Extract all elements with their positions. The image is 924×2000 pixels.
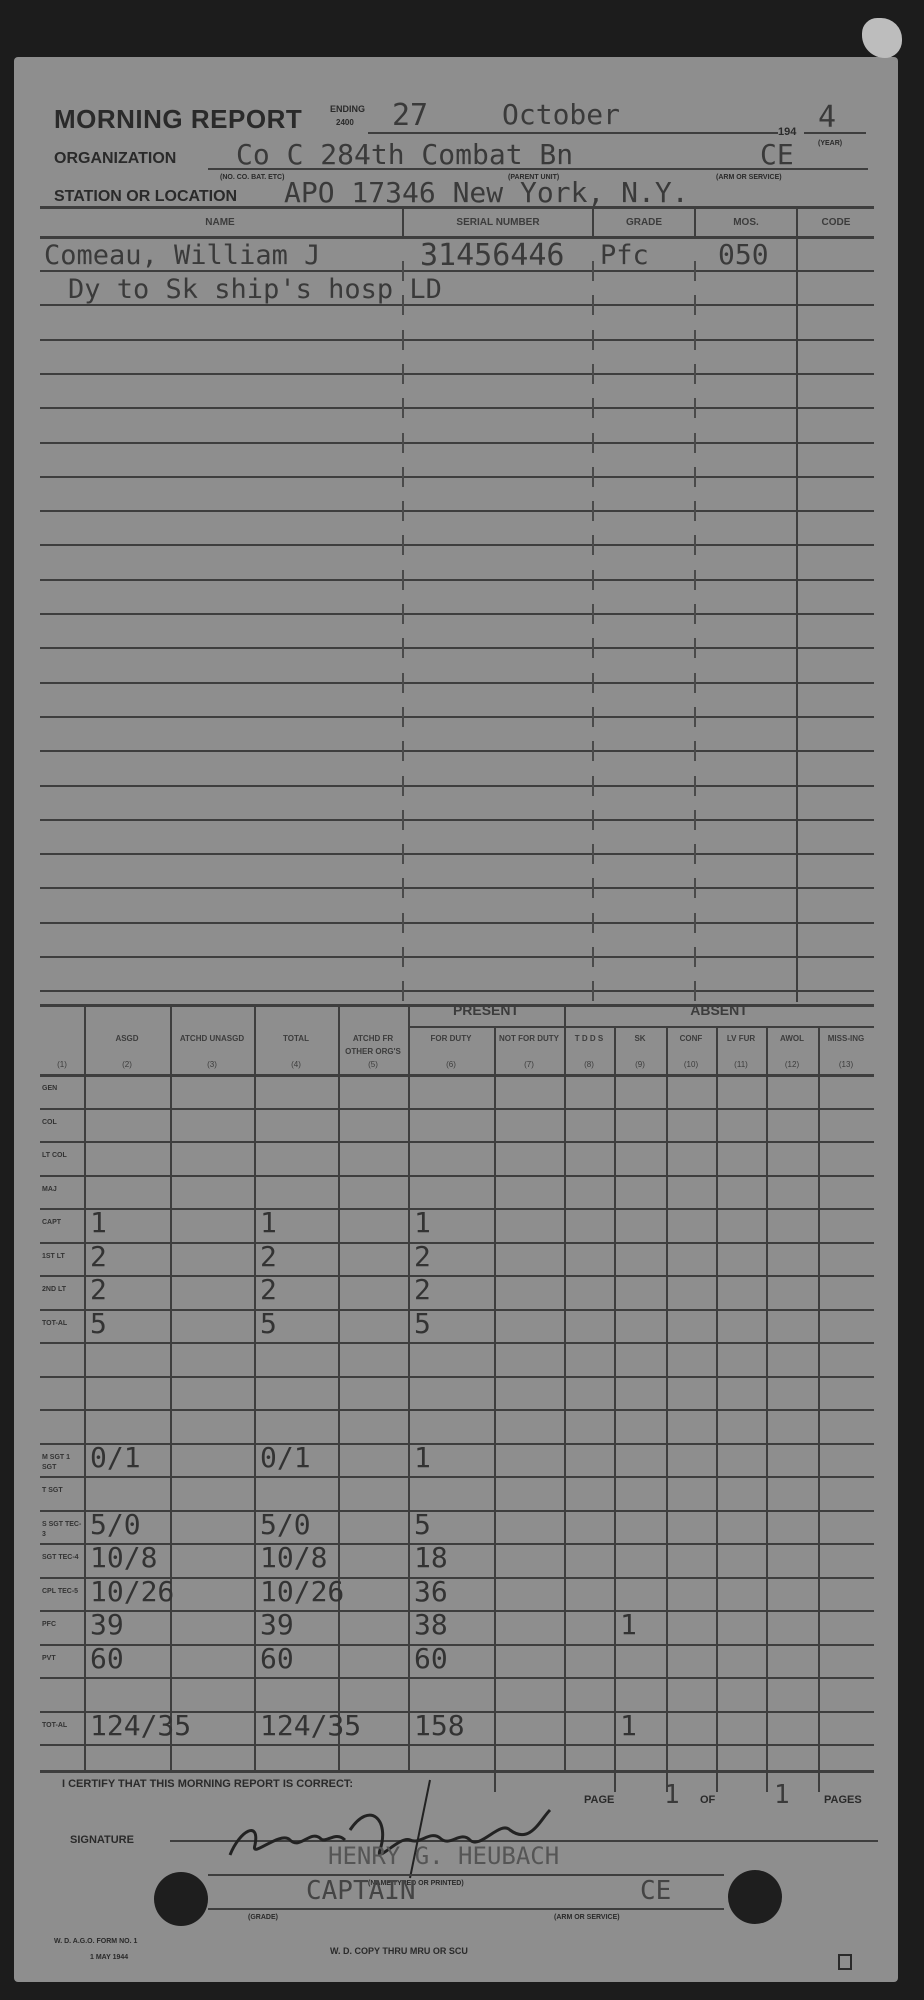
roster-tick [694, 947, 696, 967]
grid-col-line [254, 1006, 256, 1770]
grid-row-line [40, 1443, 874, 1445]
station-label: STATION OR LOCATION [54, 188, 237, 206]
grade-row-label: COL [42, 1118, 82, 1128]
binder-hole-right [728, 1870, 782, 1924]
strength-col-header: (1) [40, 1032, 84, 1071]
col-serial: SERIAL NUMBER [404, 216, 592, 229]
present-group-header: PRESENT [410, 1004, 562, 1017]
roster-tick [694, 467, 696, 487]
grid-row-line [40, 1175, 874, 1177]
col-name: NAME [40, 216, 400, 229]
roster-rule [40, 442, 874, 444]
roster-tick [694, 364, 696, 384]
arm-service-value: CE [760, 138, 794, 171]
grid-row-line [40, 1510, 874, 1512]
roster-tick [402, 330, 404, 350]
roster-tick [402, 535, 404, 555]
roster-tick [592, 364, 594, 384]
strength-col-header: T D D S(8) [564, 1032, 614, 1071]
strength-cell-value: 36 [414, 1575, 448, 1608]
strength-cell-value: 2 [90, 1273, 107, 1306]
grid-row-line [40, 1108, 874, 1110]
roster-rule [40, 510, 874, 512]
roster-rule [40, 270, 874, 272]
strength-cell-value: 158 [414, 1709, 465, 1742]
strength-col-header: NOT FOR DUTY(7) [494, 1032, 564, 1071]
organization-underline [208, 168, 868, 170]
col-header-label: ASGD [84, 1032, 170, 1058]
organization-label: ORGANIZATION [54, 150, 176, 168]
grid-row-line [40, 1342, 874, 1344]
roster-tick [592, 330, 594, 350]
col-header-label: ATCHD FR OTHER ORG'S [338, 1032, 408, 1058]
grade-caption: (GRADE) [248, 1914, 278, 1921]
roster-tick [592, 741, 594, 761]
grid-col-line [564, 1006, 566, 1770]
strength-cell-value: 1 [620, 1709, 637, 1742]
strength-cell-value: 60 [414, 1642, 448, 1675]
roster-rule [40, 750, 874, 752]
signer-arm-caption: (ARM OR SERVICE) [554, 1914, 620, 1921]
roster-tick [694, 673, 696, 693]
col-header-number: (12) [766, 1058, 818, 1071]
col-code: CODE [798, 216, 874, 229]
strength-cell-value: 18 [414, 1541, 448, 1574]
strength-cell-value: 124/35 [90, 1709, 191, 1742]
grid-row-line [40, 1476, 874, 1478]
roster-tick [694, 878, 696, 898]
strength-col-header: CONF(10) [666, 1032, 716, 1071]
roster-tick [592, 913, 594, 933]
grade-row-label: CAPT [42, 1218, 82, 1228]
of-label: OF [700, 1794, 715, 1806]
grid-col-line [84, 1006, 86, 1770]
strength-col-header: FOR DUTY(6) [408, 1032, 494, 1071]
roster-tick [402, 604, 404, 624]
roster-tick [402, 433, 404, 453]
roster-rule [40, 373, 874, 375]
col-header-label: AWOL [766, 1032, 818, 1058]
strength-cell-value: 0/1 [260, 1441, 311, 1474]
form-id: W. D. A.G.O. FORM NO. 1 [54, 1938, 137, 1945]
ending-time: 2400 [336, 118, 354, 127]
roster-tick [694, 535, 696, 555]
strength-cell-value: 124/35 [260, 1709, 361, 1742]
strength-cell-value: 10/26 [90, 1575, 174, 1608]
strength-cell-value: 2 [414, 1273, 431, 1306]
strength-col-header: ASGD(2) [84, 1032, 170, 1071]
strength-header-rule [40, 1074, 874, 1077]
col-header-number: (13) [818, 1058, 874, 1071]
roster-tick [402, 501, 404, 521]
roster-tick [402, 638, 404, 658]
roster-tick [592, 604, 594, 624]
col-mos: MOS. [696, 216, 796, 229]
grade-row-label: T SGT [42, 1486, 82, 1496]
total-pages: 1 [774, 1780, 790, 1810]
roster-tick [402, 741, 404, 761]
roster-tick [694, 398, 696, 418]
grid-row-line [40, 1242, 874, 1244]
grid-row-line [40, 1744, 874, 1746]
col-header-label: MISS-ING [818, 1032, 874, 1058]
roster-tick [402, 364, 404, 384]
strength-cell-value: 5/0 [90, 1508, 141, 1541]
strength-cell-value: 1 [414, 1441, 431, 1474]
col-header-label: CONF [666, 1032, 716, 1058]
roster-tick [592, 398, 594, 418]
roster-tick [402, 844, 404, 864]
year-underline [804, 132, 866, 134]
roster-rule [40, 579, 874, 581]
strength-cell-value: 2 [414, 1240, 431, 1273]
grid-row-line [40, 1208, 874, 1210]
strength-cell-value: 60 [90, 1642, 124, 1675]
roster-rule [40, 887, 874, 889]
grade-row-label: MAJ [42, 1185, 82, 1195]
grade-row-label: SGT TEC-4 [42, 1553, 82, 1563]
page-number: 1 [664, 1780, 680, 1810]
col-header-label: LV FUR [716, 1032, 766, 1058]
roster-entry-serial: 31456446 [420, 238, 565, 273]
roster-tick [592, 261, 594, 281]
roster-tick [402, 673, 404, 693]
strength-cell-value: 5 [90, 1307, 107, 1340]
roster-tick [694, 844, 696, 864]
grid-row-line [40, 1543, 874, 1545]
year-digit: 4 [818, 100, 836, 135]
roster-tick [694, 741, 696, 761]
roster-tick [592, 981, 594, 1001]
col-header-number: (9) [614, 1058, 666, 1071]
roster-tick [694, 604, 696, 624]
roster-tick [694, 776, 696, 796]
roster-tick [694, 501, 696, 521]
roster-tick [694, 810, 696, 830]
strength-cell-value: 10/26 [260, 1575, 344, 1608]
strength-cell-value: 39 [90, 1608, 124, 1641]
roster-rule [40, 853, 874, 855]
grade-row-label: 1ST LT [42, 1252, 82, 1262]
col-header-label: ATCHD UNASGD [170, 1032, 254, 1058]
col-header-label: FOR DUTY [408, 1032, 494, 1058]
code-col-divider [796, 208, 798, 1002]
report-day: 27 [392, 98, 428, 133]
col-header-number: (1) [40, 1058, 84, 1071]
grade-value: CAPTAIN [306, 1876, 416, 1906]
roster-tick [592, 947, 594, 967]
grade-row-label: LT COL [42, 1151, 82, 1161]
roster-tick [402, 913, 404, 933]
roster-tick [402, 878, 404, 898]
roster-tick [592, 810, 594, 830]
strength-col-header: AWOL(12) [766, 1032, 818, 1071]
roster-rule [40, 613, 874, 615]
strength-cell-value: 5 [414, 1508, 431, 1541]
signer-arm-value: CE [640, 1876, 671, 1906]
paper-damage [862, 18, 902, 58]
roster-tick [592, 844, 594, 864]
col-header-number: (10) [666, 1058, 716, 1071]
strength-cell-value: 10/8 [260, 1541, 327, 1574]
grade-row-label: PFC [42, 1620, 82, 1630]
binder-hole-left [154, 1872, 208, 1926]
roster-tick [402, 295, 404, 315]
roster-rule [40, 682, 874, 684]
roster-entry-grade: Pfc [600, 240, 649, 271]
strength-cell-value: 39 [260, 1608, 294, 1641]
roster-rule [40, 785, 874, 787]
roster-rule [40, 990, 874, 992]
form-date: 1 MAY 1944 [90, 1954, 128, 1961]
form-title: MORNING REPORT [54, 104, 302, 135]
strength-cell-value: 5 [260, 1307, 277, 1340]
strength-cell-value: 38 [414, 1608, 448, 1641]
grid-row-line [40, 1275, 874, 1277]
date-underline [368, 132, 778, 134]
strength-cell-value: 0/1 [90, 1441, 141, 1474]
roster-tick [694, 261, 696, 281]
report-month: October [502, 98, 620, 131]
roster-rule [40, 407, 874, 409]
absent-group-header: ABSENT [564, 1004, 874, 1017]
strength-col-header: ATCHD UNASGD(3) [170, 1032, 254, 1071]
roster-tick [592, 638, 594, 658]
strength-col-header: SK(9) [614, 1032, 666, 1071]
roster-tick [592, 776, 594, 796]
roster-entry-name: Comeau, William J [44, 240, 320, 271]
roster-tick [694, 913, 696, 933]
strength-col-header: TOTAL(4) [254, 1032, 338, 1071]
roster-tick [402, 776, 404, 796]
roster-rule [40, 544, 874, 546]
grid-col-line [408, 1006, 410, 1770]
strength-cell-value: 5 [414, 1307, 431, 1340]
strength-cell-value: 2 [260, 1273, 277, 1306]
strength-cell-value: 1 [414, 1206, 431, 1239]
col-header-number: (4) [254, 1058, 338, 1071]
roster-rule [40, 922, 874, 924]
roster-tick [592, 501, 594, 521]
col-header-number: (11) [716, 1058, 766, 1071]
grade-row-label: M SGT 1 SGT [42, 1453, 82, 1473]
strength-col-header: LV FUR(11) [716, 1032, 766, 1071]
arm-caption: (ARM OR SERVICE) [716, 174, 782, 181]
roster-tick [592, 295, 594, 315]
roster-tick [592, 673, 594, 693]
roster-tick [592, 467, 594, 487]
organization-value: Co C 284th Combat Bn [236, 138, 573, 171]
station-value: APO 17346 New York, N.Y. [284, 176, 689, 209]
roster-rule [40, 476, 874, 478]
roster-rule [40, 304, 874, 306]
grade-row-label: S SGT TEC-3 [42, 1520, 82, 1540]
roster-rule [40, 339, 874, 341]
roster-tick [694, 433, 696, 453]
roster-tick [592, 707, 594, 727]
strength-cell-value: 1 [90, 1206, 107, 1239]
roster-tick [402, 398, 404, 418]
roster-tick [694, 707, 696, 727]
roster-rule [40, 716, 874, 718]
roster-tick [694, 295, 696, 315]
grid-col-line [170, 1006, 172, 1770]
group-subheader-rule [408, 1026, 874, 1028]
roster-tick [694, 330, 696, 350]
grid-row-line [40, 1376, 874, 1378]
signature-label: SIGNATURE [70, 1834, 134, 1846]
strength-cell-value: 2 [260, 1240, 277, 1273]
grade-row-label: TOT-AL [42, 1721, 82, 1731]
ending-label: ENDING [330, 104, 365, 114]
routing-note: W. D. COPY THRU MRU OR SCU [330, 1946, 468, 1956]
roster-tick [402, 467, 404, 487]
roster-rule [40, 956, 874, 958]
roster-tick [402, 947, 404, 967]
grade-row-label: GEN [42, 1084, 82, 1094]
grid-col-line [338, 1006, 340, 1770]
grid-row-line [40, 1409, 874, 1411]
grid-row-line [40, 1309, 874, 1311]
col-header-label: NOT FOR DUTY [494, 1032, 564, 1058]
header-rule [40, 206, 874, 209]
roster-tick [402, 261, 404, 281]
year-caption: (YEAR) [818, 140, 842, 147]
col-header-number: (7) [494, 1058, 564, 1071]
roster-tick [592, 570, 594, 590]
col-grade: GRADE [594, 216, 694, 229]
roster-rule [40, 647, 874, 649]
strength-col-header: MISS-ING(13) [818, 1032, 874, 1071]
roster-tick [402, 810, 404, 830]
roster-rule [40, 819, 874, 821]
col-header-number: (2) [84, 1058, 170, 1071]
col-header-label: TOTAL [254, 1032, 338, 1058]
col-header-label [40, 1032, 84, 1058]
grid-row-line [40, 1677, 874, 1679]
strength-cell-value: 2 [90, 1240, 107, 1273]
roster-tick [694, 981, 696, 1001]
col-header-label: SK [614, 1032, 666, 1058]
roster-tick [592, 535, 594, 555]
strength-cell-value: 5/0 [260, 1508, 311, 1541]
roster-tick [402, 570, 404, 590]
col-header-label: T D D S [564, 1032, 614, 1058]
roster-entry-remark: Dy to Sk ship's hosp LD [68, 274, 442, 305]
grade-row-label: 2ND LT [42, 1285, 82, 1295]
pages-label: PAGES [824, 1794, 862, 1806]
strength-col-header: ATCHD FR OTHER ORG'S(5) [338, 1032, 408, 1071]
org-caption: (NO. CO. BAT. ETC) [220, 174, 284, 181]
strength-cell-value: 1 [260, 1206, 277, 1239]
roster-tick [402, 707, 404, 727]
grid-row-line [40, 1141, 874, 1143]
strength-cell-value: 10/8 [90, 1541, 157, 1574]
strength-cell-value: 60 [260, 1642, 294, 1675]
signer-name: HENRY G. HEUBACH [328, 1842, 559, 1870]
grade-row-label: PVT [42, 1654, 82, 1664]
roster-tick [694, 570, 696, 590]
grade-row-label: CPL TEC-5 [42, 1587, 82, 1597]
strength-cell-value: 1 [620, 1608, 637, 1641]
corner-box-icon [838, 1954, 852, 1970]
year-prefix: 194 [778, 126, 796, 138]
grid-row-line [40, 1610, 874, 1612]
grade-row-label: TOT-AL [42, 1319, 82, 1329]
roster-entry-mos: 050 [718, 238, 769, 271]
grade-line [208, 1908, 724, 1910]
col-header-number: (8) [564, 1058, 614, 1071]
roster-tick [694, 638, 696, 658]
roster-tick [592, 433, 594, 453]
col-header-number: (3) [170, 1058, 254, 1071]
roster-tick [592, 878, 594, 898]
col-header-number: (6) [408, 1058, 494, 1071]
roster-tick [402, 981, 404, 1001]
grid-row-line [40, 1644, 874, 1646]
col-header-number: (5) [338, 1058, 408, 1071]
